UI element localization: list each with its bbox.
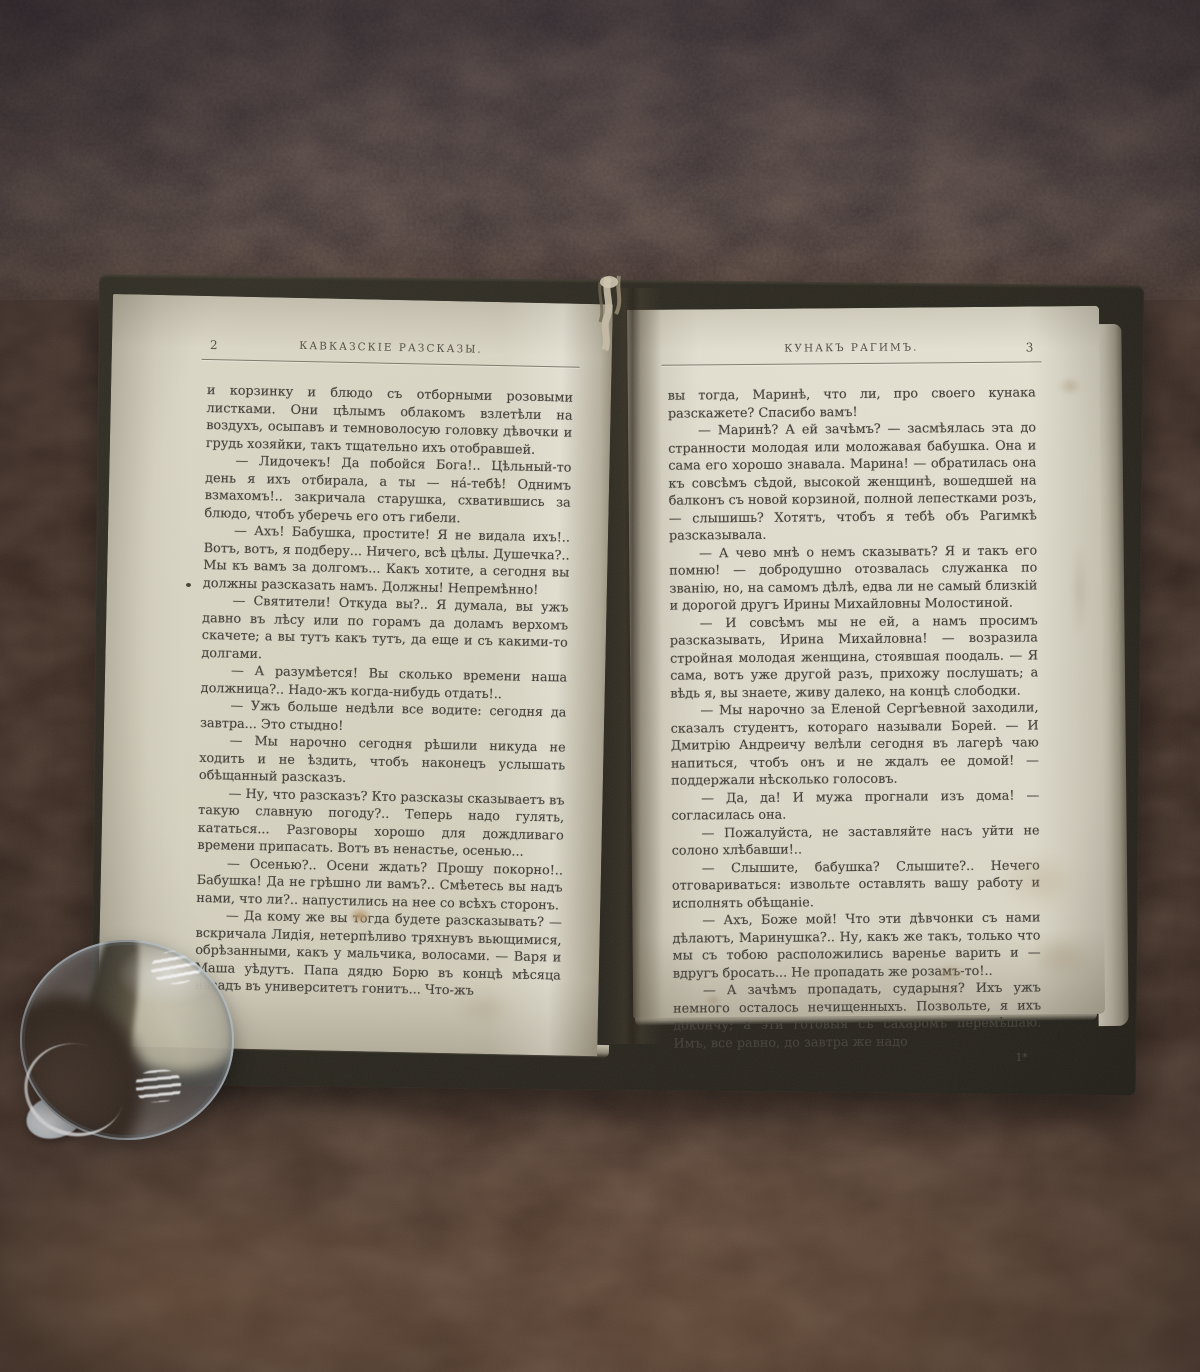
page-left-content: 2 КАВКАЗСКІЕ РАЗСКАЗЫ. и корзинку и блюд… [194, 338, 574, 1002]
page-right-text: вы тогда, Маринѣ, что ли, про своего кун… [668, 384, 1042, 1052]
paragraph: — Маринѣ? А ей зачѣмъ? — засмѣялась эта … [668, 419, 1037, 545]
paragraph: — Да, да! И мужа прогнали изъ дома! — со… [671, 787, 1039, 825]
page-right-header: КУНАКЪ РАГИМЪ. 3 [667, 340, 1035, 361]
paragraph: вы тогда, Маринѣ, что ли, про своего кун… [668, 384, 1036, 422]
lens-reflection-stripes-bottom [134, 1068, 181, 1103]
page-number-left: 2 [210, 338, 218, 352]
running-title-right: КУНАКЪ РАГИМЪ. [667, 340, 1035, 355]
paragraph: — Ну, что разсказъ? Кто разсказы сказыва… [197, 784, 564, 862]
paragraph: — Слышите, бабушка? Слышите?.. Нечего от… [672, 857, 1040, 913]
photo-scene: 2 КАВКАЗСКІЕ РАЗСКАЗЫ. и корзинку и блюд… [0, 0, 1200, 1372]
paragraph: — Осенью?.. Осени ждать? Прошу покорно!.… [196, 854, 563, 914]
gutter-shadow [600, 288, 662, 1044]
paragraph: — Лидочекъ! Да побойся Бога!.. Цѣльный-т… [204, 452, 571, 530]
paragraph: — Ахъ! Бабушка, простите! Я не видала их… [203, 522, 570, 600]
lens-glass [20, 940, 234, 1140]
page-number-right: 3 [1026, 340, 1034, 354]
paragraph: — Да кому же вы тогда будете разсказыват… [194, 907, 562, 1002]
paragraph: и корзинку и блюдо съ отборными розовыми… [206, 382, 573, 460]
paragraph: — Мы нарочно за Еленой Сергѣевной заходи… [670, 699, 1039, 790]
page-right-content: КУНАКЪ РАГИМЪ. 3 вы тогда, Маринѣ, что л… [667, 340, 1041, 1066]
running-title-left: КАВКАЗСКІЕ РАЗСКАЗЫ. [208, 338, 574, 358]
page-left-text: и корзинку и блюдо съ отборными розовыми… [194, 382, 573, 1002]
page-right: КУНАКЪ РАГИМЪ. 3 вы тогда, Маринѣ, что л… [627, 306, 1105, 1018]
frayed-headband [578, 272, 648, 358]
paragraph: — Святители! Откуда вы?.. Я думала, вы у… [201, 592, 568, 670]
paragraph: — Ахъ, Боже мой! Что эти дѣвчонки съ нам… [672, 909, 1041, 982]
open-book: 2 КАВКАЗСКІЕ РАЗСКАЗЫ. и корзинку и блюд… [95, 280, 1140, 1090]
paragraph: — И совсѣмъ мы не ей, а намъ просимъ раз… [670, 612, 1039, 703]
paragraph: — А зачѣмъ пропадать, сударыня? Ихъ ужъ … [673, 979, 1042, 1052]
paragraph: — Пожалуйста, не заставляйте насъ уйти н… [671, 822, 1039, 860]
header-rule-right [661, 361, 1041, 365]
paragraph: — Мы нарочно сегодня рѣшили никуда не хо… [199, 732, 566, 792]
paragraph: — А чево мнѣ о немъ сказывать? Я и такъ … [669, 542, 1038, 615]
magnifying-lens [20, 940, 234, 1140]
